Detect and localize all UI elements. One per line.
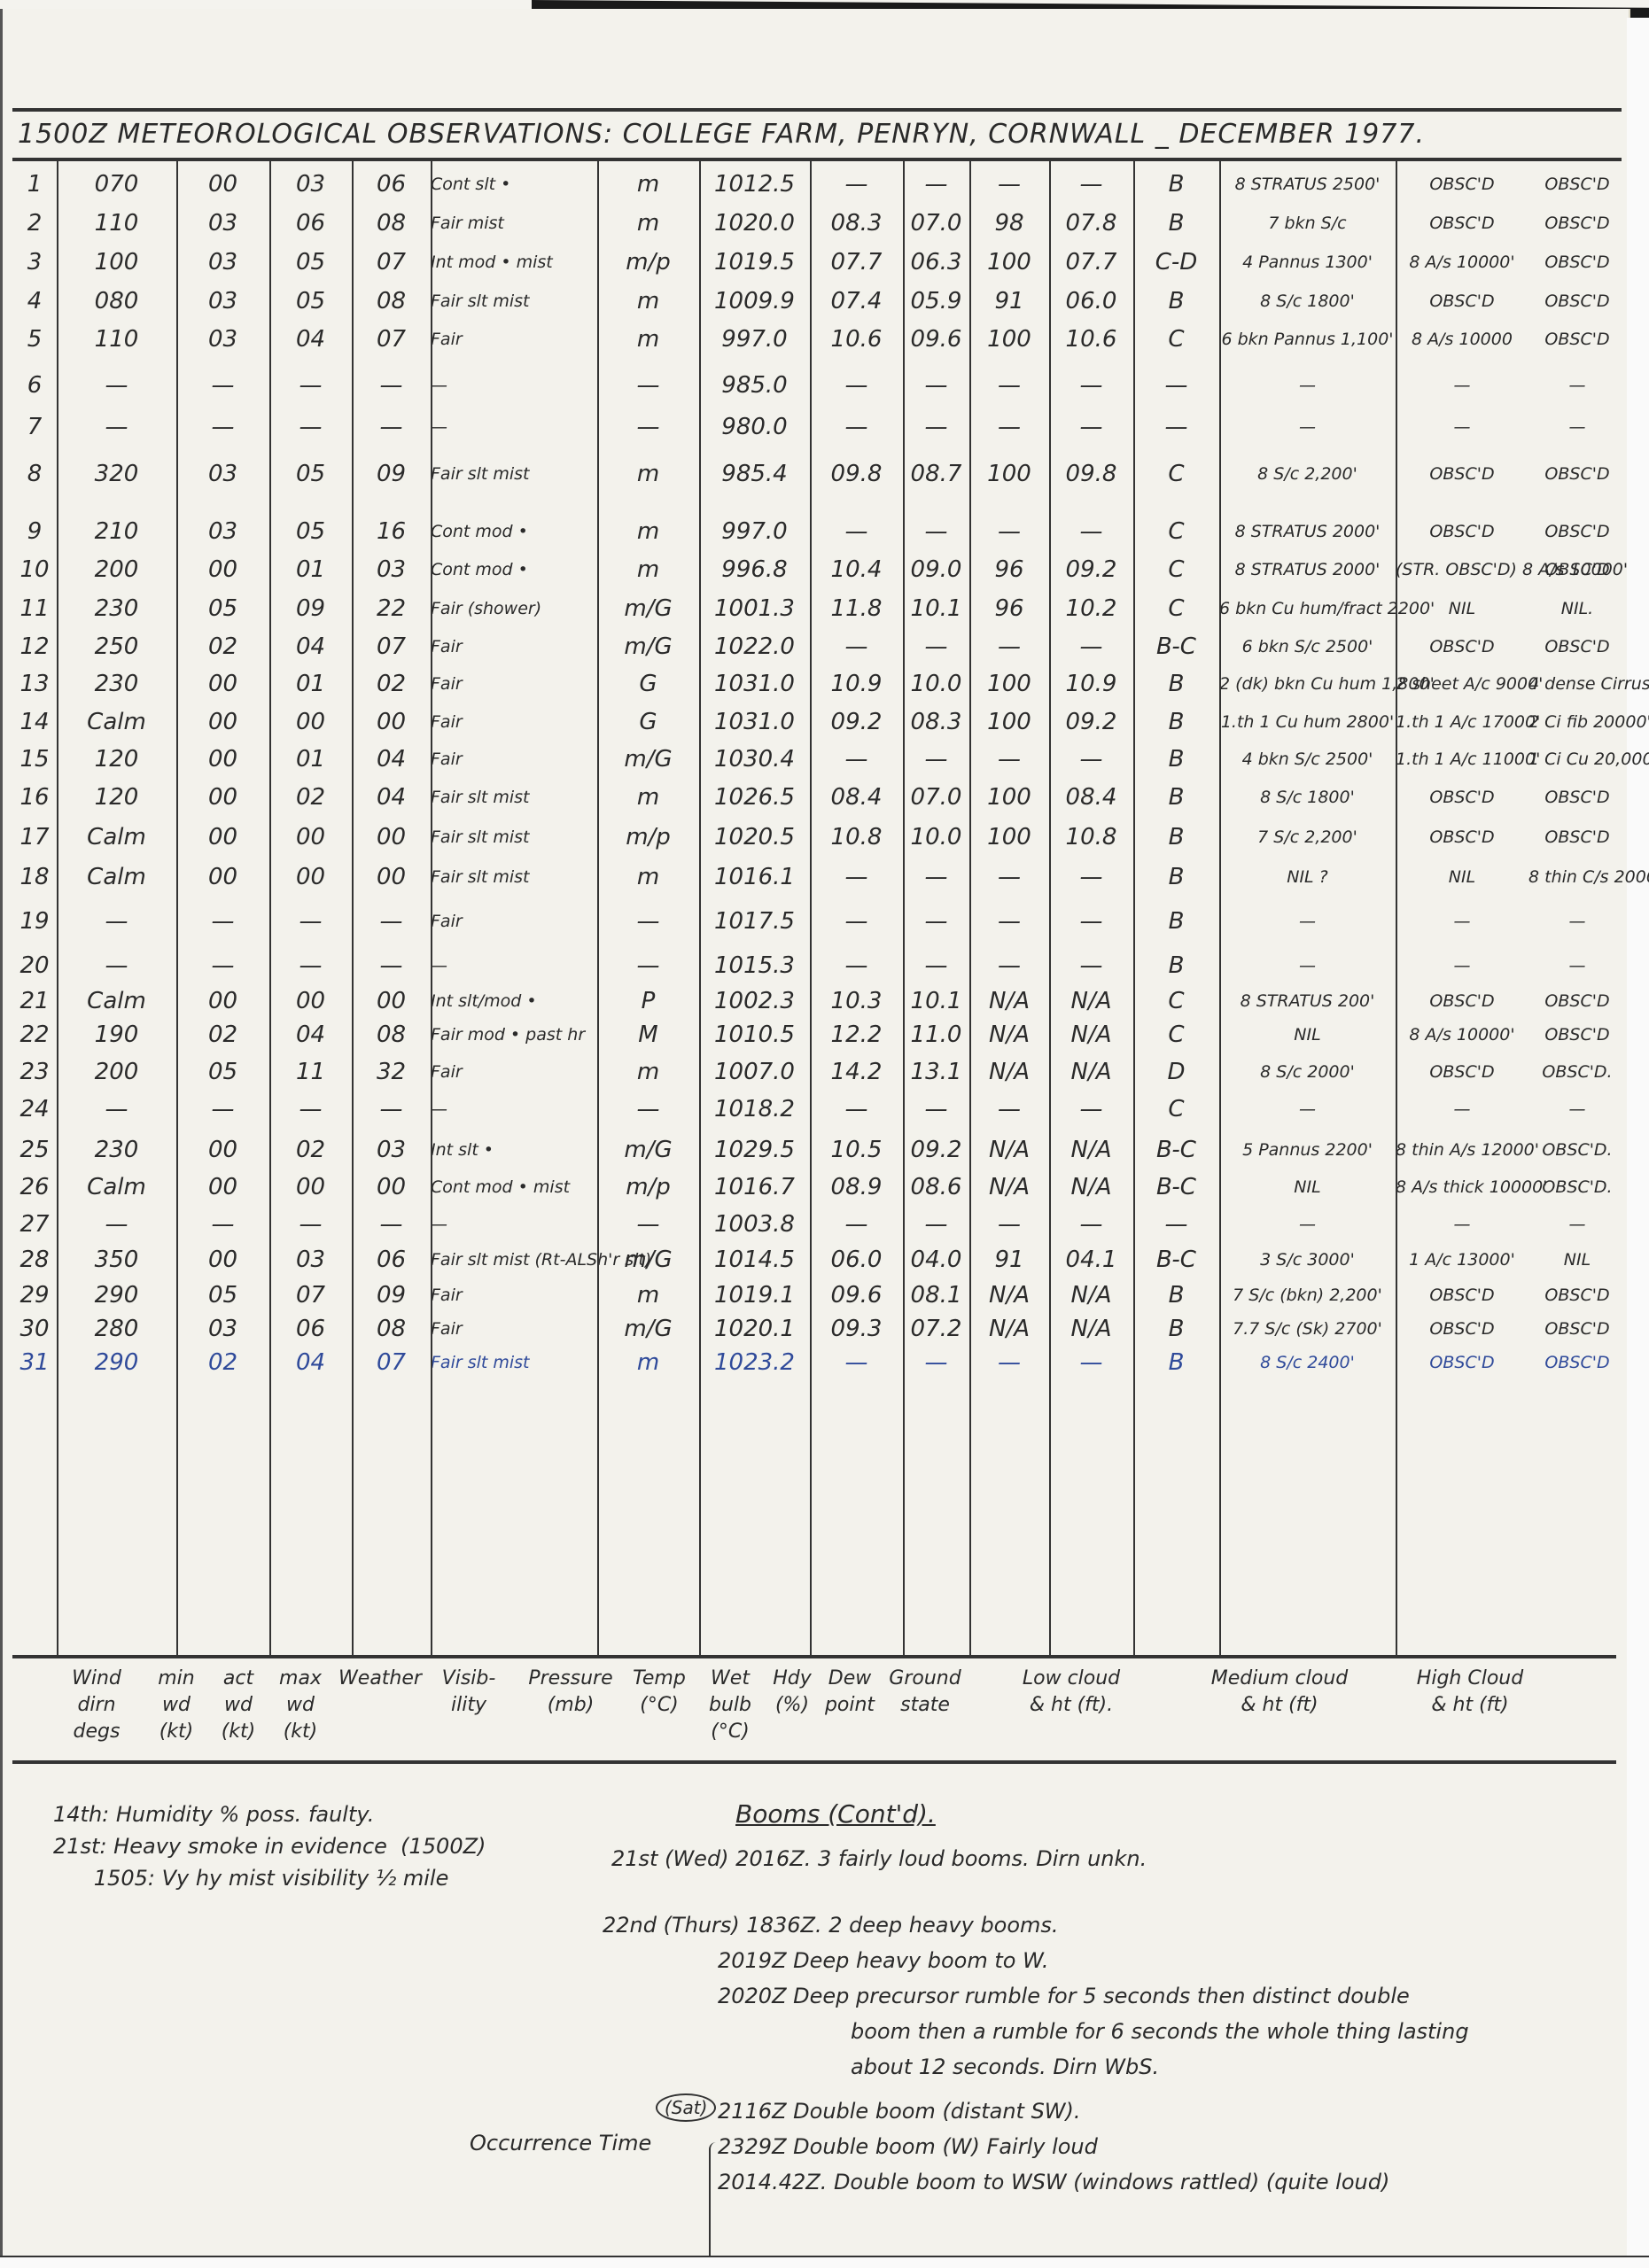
cell-high_cloud: OBSC'D [1528,550,1626,589]
cell-ground: C [1133,550,1219,589]
cell-wind_dir: 110 [57,320,176,359]
legend-min-wd: min wd (kt) [141,1666,212,1745]
cell-med_cloud: OBSC'D [1396,1052,1528,1091]
cell-ground: B [1133,740,1219,779]
cell-wet_bulb: — [903,1343,969,1382]
cell-pressure: 1030.4 [699,740,810,779]
table-row: 16120000204Fair slt mistm1026.508.407.01… [12,778,1616,817]
cell-humidity: — [969,512,1049,551]
cell-ground: B-C [1133,627,1219,666]
cell-dew_point: N/A [1049,1130,1133,1169]
cell-weather: — [431,366,597,405]
cell-med_cloud: OBSC'D [1396,282,1528,321]
cell-med_cloud: OBSC'D [1396,818,1528,857]
cell-act_wd: 05 [269,282,352,321]
legend-max-wd: max wd (kt) [269,1666,331,1745]
cell-dew_point: 07.8 [1049,204,1133,243]
table-row: 12250020407Fairm/G1022.0————B-C6 bkn S/c… [12,627,1616,666]
cell-act_wd: 02 [269,1130,352,1169]
cell-ground: C [1133,454,1219,493]
cell-wind_dir: 230 [57,589,176,628]
cell-act_wd: 01 [269,550,352,589]
cell-max_wd: — [352,902,431,941]
boom-time: 2329Z [718,2134,793,2159]
cell-day: 3 [12,243,57,282]
cell-wind_dir: — [57,946,176,985]
cell-humidity: N/A [969,1015,1049,1054]
cell-humidity: 98 [969,204,1049,243]
cell-low_cloud: 8 S/c 2400' [1219,1343,1396,1382]
cell-visibility: — [597,902,699,941]
boom-description: about 12 seconds. Dirn WbS. [851,2054,1159,2079]
legend-high-cloud: High Cloud & ht (ft) [1395,1666,1545,1719]
cell-wind_dir: Calm [57,818,176,857]
cell-pressure: 1016.7 [699,1168,810,1207]
cell-max_wd: 04 [352,778,431,817]
cell-humidity: N/A [969,1130,1049,1169]
boom-time: 2014.42Z. [718,2170,834,2194]
cell-min_wd: 00 [176,740,269,779]
cell-pressure: 1020.5 [699,818,810,857]
cell-wet_bulb: 10.0 [903,818,969,857]
cell-pressure: 1020.0 [699,204,810,243]
cell-max_wd: 09 [352,454,431,493]
cell-high_cloud: — [1528,1090,1626,1129]
cell-med_cloud: NIL [1396,858,1528,897]
cell-max_wd: 00 [352,1168,431,1207]
cell-act_wd: 02 [269,778,352,817]
cell-day: 17 [12,818,57,857]
cell-temp: 08.4 [810,778,903,817]
cell-dew_point: — [1049,1090,1133,1129]
cell-temp: 09.8 [810,454,903,493]
cell-med_cloud: 2 sheet A/c 9000' [1396,664,1528,703]
cell-dew_point: N/A [1049,1015,1133,1054]
cell-max_wd: 03 [352,550,431,589]
cell-max_wd: — [352,1205,431,1244]
remarks-notes: 14th: Humidity % poss. faulty. 21st: Hea… [53,1798,486,1894]
cell-dew_point: — [1049,740,1133,779]
cell-wet_bulb: 08.6 [903,1168,969,1207]
occurrence-day: (Sat) [656,2093,716,2122]
cell-min_wd: 03 [176,512,269,551]
cell-med_cloud: NIL [1396,589,1528,628]
cell-temp: 11.8 [810,589,903,628]
legend-pressure: Pressure (mb) [517,1666,624,1719]
cell-high_cloud: OBSC'D. [1528,1168,1626,1207]
cell-wet_bulb: — [903,740,969,779]
cell-humidity: 91 [969,282,1049,321]
cell-wind_dir: 230 [57,1130,176,1169]
booms-heading: Booms (Cont'd). [735,1798,936,1830]
cell-max_wd: 06 [352,1240,431,1279]
cell-ground: B-C [1133,1130,1219,1169]
boom-description: Deep heavy boom to W. [793,1948,1048,1973]
boom-entry: 22nd (Thurs) 1836Z. 2 deep heavy booms. [603,1909,1059,1941]
cell-visibility: m [597,858,699,897]
cell-wet_bulb: 09.0 [903,550,969,589]
cell-act_wd: 01 [269,664,352,703]
cell-min_wd: 00 [176,703,269,742]
cell-med_cloud: — [1396,408,1528,447]
cell-wet_bulb: — [903,946,969,985]
cell-visibility: m/G [597,627,699,666]
column-divider [431,158,432,1655]
cell-weather: Fair slt mist [431,454,597,493]
legend-wind-dir: Wind dirn degs [57,1666,136,1745]
boom-entry: 21st (Wed) 2016Z. 3 fairly loud booms. D… [611,1843,1147,1875]
cell-day: 16 [12,778,57,817]
cell-med_cloud: 1 A/c 13000' [1396,1240,1528,1279]
cell-visibility: — [597,408,699,447]
cell-high_cloud: OBSC'D [1528,512,1626,551]
cell-weather: Cont slt • [431,165,597,204]
cell-dew_point: 08.4 [1049,778,1133,817]
cell-low_cloud: 2 (dk) bkn Cu hum 1,800' [1219,664,1396,703]
cell-humidity: — [969,627,1049,666]
cell-dew_point: — [1049,165,1133,204]
cell-humidity: — [969,1343,1049,1382]
cell-day: 11 [12,589,57,628]
cell-wet_bulb: — [903,858,969,897]
cell-ground: — [1133,1205,1219,1244]
cell-visibility: m [597,204,699,243]
cell-act_wd: 06 [269,204,352,243]
cell-wet_bulb: 07.0 [903,204,969,243]
cell-med_cloud: — [1396,366,1528,405]
cell-visibility: m/p [597,818,699,857]
cell-min_wd: — [176,366,269,405]
cell-day: 22 [12,1015,57,1054]
column-divider [810,158,812,1655]
column-divider [1133,158,1135,1655]
cell-wind_dir: 200 [57,550,176,589]
cell-dew_point: 10.9 [1049,664,1133,703]
cell-weather: — [431,946,597,985]
cell-weather: Fair [431,664,597,703]
cell-temp: 10.9 [810,664,903,703]
cell-ground: B [1133,664,1219,703]
cell-min_wd: 00 [176,550,269,589]
cell-weather: Fair slt mist [431,778,597,817]
boom-time: 2019Z [718,1948,793,1973]
cell-act_wd: 05 [269,454,352,493]
cell-med_cloud: OBSC'D [1396,512,1528,551]
cell-act_wd: 01 [269,740,352,779]
cell-min_wd: 05 [176,589,269,628]
cell-humidity: — [969,740,1049,779]
cell-day: 19 [12,902,57,941]
column-divider [699,158,701,1655]
cell-ground: B [1133,818,1219,857]
cell-max_wd: 07 [352,243,431,282]
cell-med_cloud: OBSC'D [1396,778,1528,817]
cell-wet_bulb: — [903,512,969,551]
cell-med_cloud: 8 A/s 10000 [1396,320,1528,359]
cell-wet_bulb: 04.0 [903,1240,969,1279]
cell-humidity: N/A [969,1168,1049,1207]
table-row: 31290020407Fair slt mistm1023.2————B8 S/… [12,1343,1616,1382]
cell-wind_dir: Calm [57,858,176,897]
cell-visibility: m/p [597,1168,699,1207]
table-row: 10200000103Cont mod •m996.810.409.09609.… [12,550,1616,589]
cell-low_cloud: 1.th 1 Cu hum 2800' [1219,703,1396,742]
cell-dew_point: — [1049,858,1133,897]
cell-weather: Cont mod • mist [431,1168,597,1207]
cell-max_wd: — [352,366,431,405]
cell-ground: B-C [1133,1240,1219,1279]
cell-max_wd: — [352,1090,431,1129]
cell-day: 25 [12,1130,57,1169]
cell-high_cloud: 8 thin C/s 20000' [1528,858,1626,897]
cell-low_cloud: — [1219,902,1396,941]
cell-high_cloud: OBSC'D [1528,454,1626,493]
cell-act_wd: 00 [269,858,352,897]
cell-dew_point: 04.1 [1049,1240,1133,1279]
cell-temp: — [810,165,903,204]
cell-temp: — [810,1343,903,1382]
cell-pressure: 1014.5 [699,1240,810,1279]
cell-pressure: 1018.2 [699,1090,810,1129]
cell-day: 13 [12,664,57,703]
boom-time: 2116Z [718,2099,793,2124]
cell-min_wd: 03 [176,282,269,321]
cell-pressure: 1010.5 [699,1015,810,1054]
cell-high_cloud: OBSC'D [1528,818,1626,857]
legend-dew-point: Dew point [814,1666,885,1719]
cell-wet_bulb: 08.7 [903,454,969,493]
table-row: 26Calm000000Cont mod • mistm/p1016.708.9… [12,1168,1616,1207]
cell-min_wd: — [176,408,269,447]
table-row: 25230000203Int slt •m/G1029.510.509.2N/A… [12,1130,1616,1169]
cell-wind_dir: 080 [57,282,176,321]
cell-min_wd: 02 [176,627,269,666]
cell-low_cloud: 8 S/c 2000' [1219,1052,1396,1091]
cell-min_wd: 03 [176,454,269,493]
cell-wet_bulb: 10.0 [903,664,969,703]
cell-high_cloud: OBSC'D [1528,1343,1626,1382]
cell-visibility: m [597,282,699,321]
cell-low_cloud: 8 STRATUS 2000' [1219,550,1396,589]
cell-med_cloud: — [1396,1090,1528,1129]
cell-dew_point: — [1049,408,1133,447]
cell-ground: B [1133,282,1219,321]
cell-wet_bulb: 07.0 [903,778,969,817]
cell-min_wd: 00 [176,1130,269,1169]
table-row: 4080030508Fair slt mistm1009.907.405.991… [12,282,1616,321]
cell-med_cloud: 1.th 1 A/c 11000' [1396,740,1528,779]
cell-low_cloud: — [1219,366,1396,405]
cell-act_wd: — [269,1090,352,1129]
table-row: 14Calm000000FairG1031.009.208.310009.2B1… [12,703,1616,742]
cell-low_cloud: 4 Pannus 1300' [1219,243,1396,282]
cell-visibility: M [597,1015,699,1054]
cell-dew_point: — [1049,946,1133,985]
boom-description: 3 fairly loud booms. Dirn unkn. [818,1846,1147,1871]
cell-low_cloud: 6 bkn Cu hum/fract 2200' [1219,589,1396,628]
cell-humidity: 100 [969,703,1049,742]
cell-wind_dir: 350 [57,1240,176,1279]
cell-wind_dir: 250 [57,627,176,666]
cell-dew_point: — [1049,366,1133,405]
cell-visibility: m/G [597,1240,699,1279]
cell-visibility: m [597,1052,699,1091]
cell-max_wd: 07 [352,627,431,666]
cell-temp: 06.0 [810,1240,903,1279]
cell-pressure: 997.0 [699,512,810,551]
cell-wet_bulb: 13.1 [903,1052,969,1091]
boom-entry: 2014.42Z. Double boom to WSW (windows ra… [718,2166,1389,2198]
cell-high_cloud: NIL [1528,1240,1626,1279]
cell-day: 4 [12,282,57,321]
cell-weather: Fair [431,902,597,941]
cell-dew_point: 09.2 [1049,550,1133,589]
cell-temp: 14.2 [810,1052,903,1091]
cell-temp: — [810,512,903,551]
table-row: 3100030507Int mod • mistm/p1019.507.706.… [12,243,1616,282]
table-row: 23200051132Fairm1007.014.213.1N/AN/AD8 S… [12,1052,1616,1091]
cell-pressure: 1001.3 [699,589,810,628]
table-row: 27——————1003.8———————— [12,1205,1616,1244]
cell-visibility: — [597,946,699,985]
cell-weather: Fair slt mist (Rt-ALSh'r slt) [431,1240,597,1279]
cell-ground: B [1133,858,1219,897]
boom-description: Double boom (distant SW). [793,2099,1080,2124]
cell-wet_bulb: — [903,1205,969,1244]
cell-visibility: m/G [597,740,699,779]
cell-temp: 12.2 [810,1015,903,1054]
cell-humidity: — [969,366,1049,405]
cell-high_cloud: — [1528,408,1626,447]
cell-temp: 08.9 [810,1168,903,1207]
cell-max_wd: 08 [352,282,431,321]
cell-max_wd: 22 [352,589,431,628]
cell-act_wd: 05 [269,243,352,282]
cell-act_wd: 05 [269,512,352,551]
cell-act_wd: — [269,1205,352,1244]
legend-visibility: Visib- ility [429,1666,509,1719]
cell-pressure: 980.0 [699,408,810,447]
cell-high_cloud: OBSC'D [1528,165,1626,204]
cell-wind_dir: Calm [57,1168,176,1207]
cell-ground: B [1133,703,1219,742]
cell-act_wd: 04 [269,1015,352,1054]
cell-ground: — [1133,408,1219,447]
cell-med_cloud: 8 A/s thick 10000' [1396,1168,1528,1207]
legend-ground: Ground state [885,1666,965,1719]
cell-day: 23 [12,1052,57,1091]
cell-visibility: m [597,512,699,551]
cell-dew_point: 10.2 [1049,589,1133,628]
cell-high_cloud: OBSC'D [1528,243,1626,282]
boom-entry: 2019Z Deep heavy boom to W. [718,1945,1048,1977]
cell-dew_point: 10.8 [1049,818,1133,857]
column-divider [269,158,271,1655]
boom-description: Deep precursor rumble for 5 seconds then… [793,1984,1410,2008]
cell-pressure: 1012.5 [699,165,810,204]
cell-humidity: 96 [969,589,1049,628]
table-row: 15120000104Fairm/G1030.4————B4 bkn S/c 2… [12,740,1616,779]
cell-dew_point: 07.7 [1049,243,1133,282]
table-row: 13230000102FairG1031.010.910.010010.9B2 … [12,664,1616,703]
cell-med_cloud: 8 A/s 10000' [1396,243,1528,282]
cell-weather: Cont mod • [431,512,597,551]
table-row: 9210030516Cont mod •m997.0————C8 STRATUS… [12,512,1616,551]
cell-med_cloud: — [1396,1205,1528,1244]
cell-act_wd: 00 [269,818,352,857]
cell-wind_dir: 120 [57,778,176,817]
cell-weather: Fair [431,740,597,779]
cell-weather: — [431,1205,597,1244]
cell-med_cloud: 8 thin A/s 12000' [1396,1130,1528,1169]
cell-min_wd: 02 [176,1343,269,1382]
cell-visibility: m/G [597,589,699,628]
boom-description: 2 deep heavy booms. [828,1913,1058,1938]
cell-low_cloud: — [1219,408,1396,447]
cell-max_wd: 06 [352,165,431,204]
boom-entry: boom then a rumble for 6 seconds the who… [851,2016,1469,2047]
table-row: 24——————1018.2————C——— [12,1090,1616,1129]
table-row: 5110030407Fairm997.010.609.610010.6C6 bk… [12,320,1616,359]
legend-med-cloud: Medium cloud & ht (ft) [1191,1666,1368,1719]
cell-min_wd: — [176,946,269,985]
cell-humidity: 96 [969,550,1049,589]
cell-min_wd: 03 [176,204,269,243]
cell-ground: — [1133,366,1219,405]
cell-low_cloud: — [1219,1090,1396,1129]
cell-med_cloud: (STR. OBSC'D) 8 A/s 10000' [1396,550,1528,589]
legend-low-cloud: Low cloud & ht (ft). [996,1666,1147,1719]
cell-act_wd: 00 [269,1168,352,1207]
cell-low_cloud: — [1219,946,1396,985]
cell-weather: Fair [431,703,597,742]
cell-wind_dir: 200 [57,1052,176,1091]
cell-high_cloud: 4 dense Cirrus 20000' [1528,664,1626,703]
observations-table: 1070000306Cont slt •m1012.5————B8 STRATU… [12,158,1616,1658]
cell-low_cloud: 6 bkn Pannus 1,100' [1219,320,1396,359]
brace-mark [709,2142,719,2266]
cell-temp: 10.4 [810,550,903,589]
cell-day: 6 [12,366,57,405]
cell-wind_dir: 320 [57,454,176,493]
table-row: 20——————1015.3————B——— [12,946,1616,985]
cell-ground: C [1133,1015,1219,1054]
cell-min_wd: 00 [176,1168,269,1207]
boom-entry: 2020Z Deep precursor rumble for 5 second… [718,1980,1410,2012]
cell-wet_bulb: — [903,408,969,447]
cell-visibility: m/p [597,243,699,282]
cell-med_cloud: OBSC'D [1396,204,1528,243]
cell-ground: B [1133,778,1219,817]
legend-act-wd: act wd (kt) [207,1666,269,1745]
cell-high_cloud: OBSC'D [1528,1015,1626,1054]
cell-max_wd: 02 [352,664,431,703]
cell-wet_bulb: 08.3 [903,703,969,742]
boom-entry: 2116Z Double boom (distant SW). [718,2095,1081,2127]
cell-weather: Fair slt mist [431,818,597,857]
cell-high_cloud: — [1528,366,1626,405]
cell-visibility: G [597,703,699,742]
cell-act_wd: — [269,366,352,405]
cell-visibility: m [597,550,699,589]
cell-ground: C [1133,589,1219,628]
cell-low_cloud: 7 S/c 2,200' [1219,818,1396,857]
cell-ground: D [1133,1052,1219,1091]
cell-pressure: 1022.0 [699,627,810,666]
cell-wet_bulb: 09.2 [903,1130,969,1169]
cell-day: 28 [12,1240,57,1279]
cell-weather: — [431,408,597,447]
